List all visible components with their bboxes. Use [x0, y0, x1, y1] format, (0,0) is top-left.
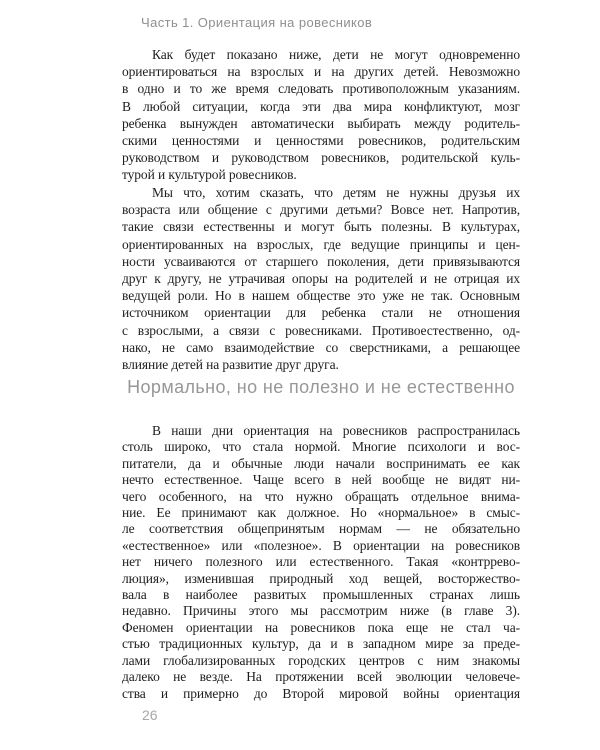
text-line: недавно. Причины этого мы рассмотрим ниж… — [122, 603, 520, 619]
page-number: 26 — [142, 707, 158, 723]
book-page: Часть 1. Ориентация на ровесников Как бу… — [0, 0, 600, 750]
paragraph: Мы что, хотим сказать, что детям не нужн… — [122, 184, 520, 373]
text-line: питатели, да и обычные люди начали воспр… — [122, 456, 520, 472]
text-line: руководством и руководством ровесников, … — [122, 149, 520, 166]
text-line: возраста или общение с другими детьми? В… — [122, 201, 520, 218]
text-line: нечто естественное. Чаще всего в ней воо… — [122, 472, 520, 488]
text-line: нет ничего полезного или естественного. … — [122, 554, 520, 570]
text-line: скими ценностями и ценностями ровесников… — [122, 132, 520, 149]
text-line: ребенка вынужден автоматически выбирать … — [122, 115, 520, 132]
text-line: ведущей роли. Но в нашем обществе это уж… — [122, 287, 520, 304]
text-line: ства и примерно до Второй мировой войны … — [122, 686, 520, 702]
paragraph: В наши дни ориентация на ровесников расп… — [122, 423, 520, 702]
text-line: с взрослыми, а связи с ровесниками. Прот… — [122, 322, 520, 339]
text-line: Мы что, хотим сказать, что детям не нужн… — [122, 184, 520, 201]
text-line: Феномен ориентации на ровесников пока ещ… — [122, 620, 520, 636]
text-line: Как будет показано ниже, дети не могут о… — [122, 46, 520, 63]
section-heading: Нормально, но не полезно и не естественн… — [122, 377, 520, 398]
text-line: нако, не само взаимодействие со сверстни… — [122, 339, 520, 356]
text-line: друг к другу, не утрачивая опоры на роди… — [122, 270, 520, 287]
text-line: столь широко, что стала нормой. Многие п… — [122, 439, 520, 455]
text-line: лами глобализированных городских центров… — [122, 653, 520, 669]
text-line: ориентированных на взрослых, где ведущие… — [122, 236, 520, 253]
text-line: в одно и то же время следовать противопо… — [122, 80, 520, 97]
text-line: ле соответствия общепринятым нормам — не… — [122, 521, 520, 537]
running-header: Часть 1. Ориентация на ровесников — [141, 15, 372, 30]
paragraph: Как будет показано ниже, дети не могут о… — [122, 46, 520, 184]
text-line: ние. Ее принимают как должное. Но «норма… — [122, 505, 520, 521]
text-line: влияние детей на развитие друг друга. — [122, 356, 520, 373]
text-line: чего особенного, на что нужно обращать о… — [122, 489, 520, 505]
text-line: В любой ситуации, когда эти два мира кон… — [122, 98, 520, 115]
text-line: люция», изменившая природный ход вещей, … — [122, 571, 520, 587]
text-line: такие связи естественны и могут быть пол… — [122, 218, 520, 235]
text-line: В наши дни ориентация на ровесников расп… — [122, 423, 520, 439]
text-line: источником ориентации для ребенка стали … — [122, 304, 520, 321]
text-line: «естественное» или «полезное». В ориента… — [122, 538, 520, 554]
text-line: ности усваиваются от старшего поколения,… — [122, 253, 520, 270]
text-line: вала в наиболее развитых промышленных ст… — [122, 587, 520, 603]
text-line: ориентироваться на взрослых и на других … — [122, 63, 520, 80]
text-line: стью традиционных культур, да и в западн… — [122, 636, 520, 652]
text-line: далеко не везде. На протяжении всей эвол… — [122, 669, 520, 685]
text-line: турой и культурой ровесников. — [122, 166, 520, 183]
